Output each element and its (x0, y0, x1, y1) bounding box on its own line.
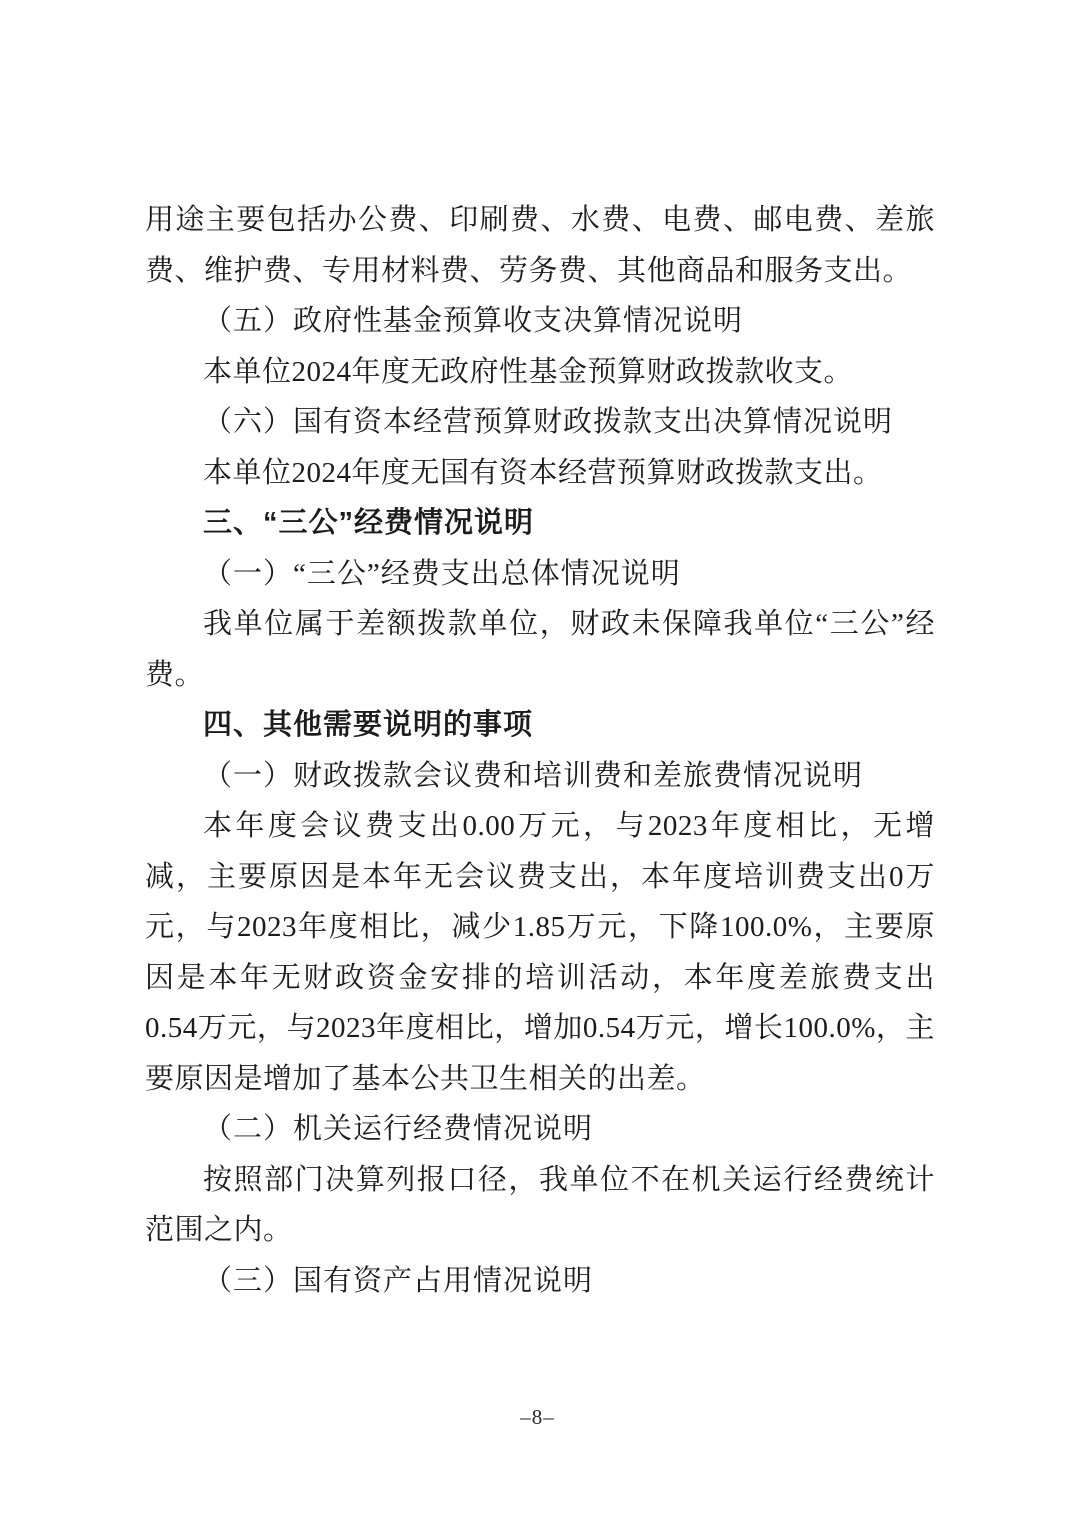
body-paragraph: 本年度会议费支出0.00万元，与2023年度相比，无增减，主要原因是本年无会议费… (145, 801, 935, 1104)
section-heading: 三、“三公”经费情况说明 (145, 498, 935, 549)
sub-heading: （二）机关运行经费情况说明 (145, 1104, 935, 1155)
sub-heading: （三）国有资产占用情况说明 (145, 1256, 935, 1307)
body-paragraph: 按照部门决算列报口径，我单位不在机关运行经费统计范围之内。 (145, 1155, 935, 1256)
body-paragraph: 我单位属于差额拨款单位，财政未保障我单位“三公”经费。 (145, 599, 935, 700)
sub-heading: （五）政府性基金预算收支决算情况说明 (145, 296, 935, 347)
sub-heading: （一）财政拨款会议费和培训费和差旅费情况说明 (145, 751, 935, 802)
body-paragraph: 本单位2024年度无国有资本经营预算财政拨款支出。 (145, 448, 935, 499)
document-body: 用途主要包括办公费、印刷费、水费、电费、邮电费、差旅费、维护费、专用材料费、劳务… (145, 195, 935, 1306)
body-paragraph: 本单位2024年度无政府性基金预算财政拨款收支。 (145, 347, 935, 398)
sub-heading: （六）国有资本经营预算财政拨款支出决算情况说明 (145, 397, 935, 448)
sub-heading: （一）“三公”经费支出总体情况说明 (145, 549, 935, 600)
page-number: –8– (0, 1405, 1075, 1430)
body-paragraph: 用途主要包括办公费、印刷费、水费、电费、邮电费、差旅费、维护费、专用材料费、劳务… (145, 195, 935, 296)
section-heading: 四、其他需要说明的事项 (145, 700, 935, 751)
document-page: 用途主要包括办公费、印刷费、水费、电费、邮电费、差旅费、维护费、专用材料费、劳务… (0, 0, 1075, 1520)
